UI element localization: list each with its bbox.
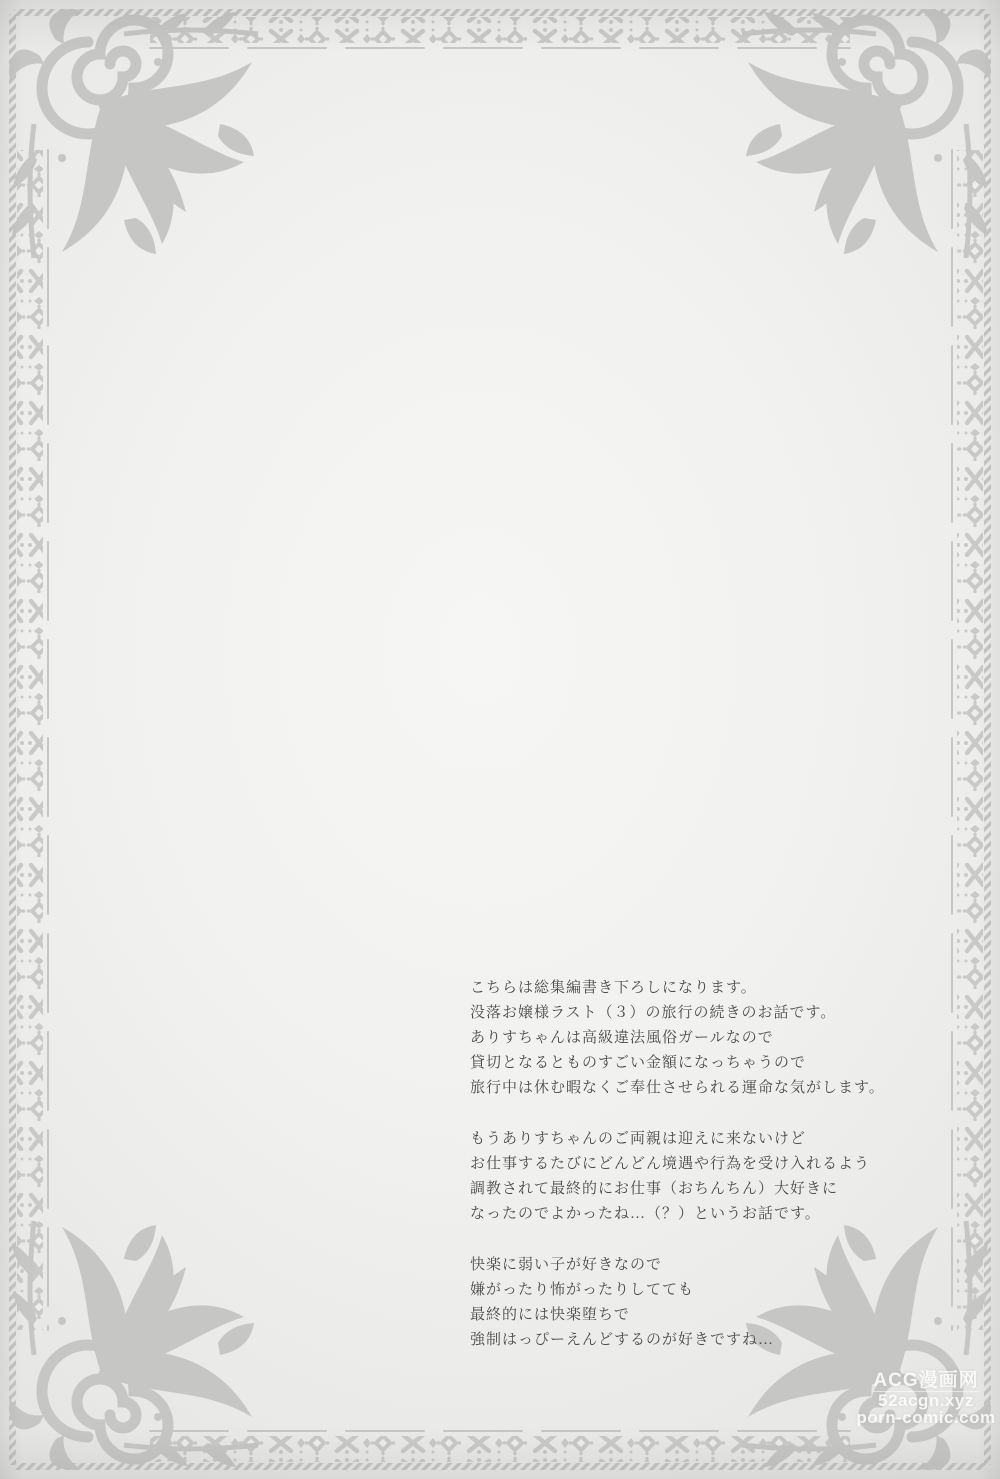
watermark-url-primary: 52acgn.xyz — [840, 1392, 1000, 1409]
border-band-right — [957, 150, 983, 1330]
border-band-left — [17, 150, 43, 1330]
afterword-line: 貸切となるとものすごい金額になっちゃうので — [470, 1051, 930, 1076]
rope-border-top — [14, 9, 986, 16]
afterword-line: 嫌がったり怖がったりしてても — [470, 1278, 930, 1303]
afterword-line: 旅行中は休む暇なくご奉仕させられる運命な気がします。 — [470, 1076, 930, 1101]
scanned-page: こちらは総集編書き下ろしになります。 没落お嬢様ラスト（３）の旅行の続きのお話で… — [0, 0, 1000, 1479]
watermark-url-secondary: porn-comic.com — [840, 1409, 1000, 1426]
afterword-line: なったのでよかったね…（？）というお話です。 — [470, 1202, 930, 1227]
border-band-top — [150, 17, 850, 43]
corner-flourish-bottom-left — [9, 1221, 258, 1470]
corner-flourish-top-right — [742, 9, 991, 258]
watermark-site-name: ACG漫画网 — [873, 1372, 978, 1392]
afterword-line: 調教されて最終的にお仕事（おちんちん）大好きに — [470, 1177, 930, 1202]
afterword-line: 没落お嬢様ラスト（３）の旅行の続きのお話です。 — [470, 1001, 930, 1026]
afterword-line: ありすちゃんは高級違法風俗ガールなので — [470, 1026, 930, 1051]
afterword-text-block: こちらは総集編書き下ろしになります。 没落お嬢様ラスト（３）の旅行の続きのお話で… — [470, 950, 930, 1379]
afterword-line: お仕事するたびにどんどん境遇や行為を受け入れるよう — [470, 1152, 930, 1177]
afterword-line: こちらは総集編書き下ろしになります。 — [470, 976, 930, 1001]
border-band-bottom — [150, 1436, 850, 1462]
watermark: ACG漫画网 52acgn.xyz porn-comic.com — [840, 1372, 1000, 1426]
afterword-line: 強制はっぴーえんどするのが好きですね… — [470, 1328, 930, 1353]
afterword-line: 快楽に弱い子が好きなので — [470, 1253, 930, 1278]
corner-flourish-top-left — [9, 9, 258, 258]
afterword-line: もうありすちゃんのご両親は迎えに来ないけど — [470, 1127, 930, 1152]
afterword-line: 最終的には快楽堕ちで — [470, 1303, 930, 1328]
rope-border-bottom — [14, 1463, 986, 1470]
